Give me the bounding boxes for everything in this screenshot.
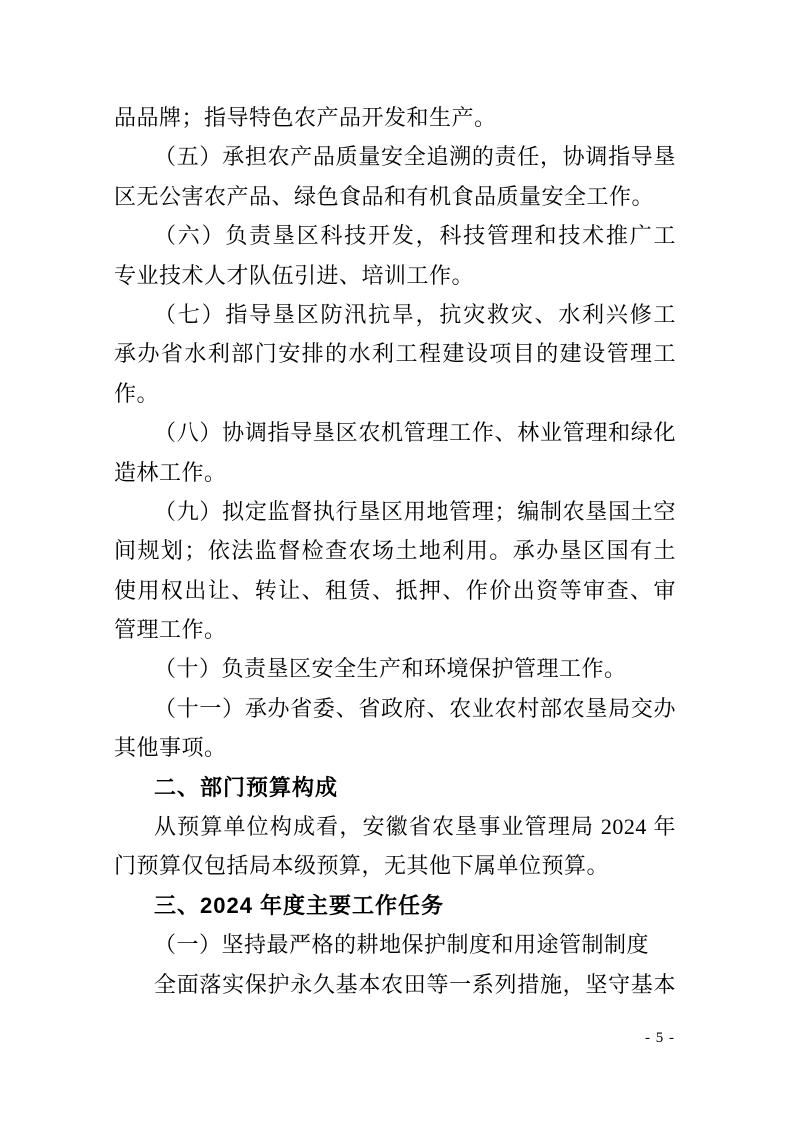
text-line-duty-item-9: （九）拟定监督执行垦区用地管理；编制农垦国土空 (114, 492, 676, 531)
text-line-duty-item-5: 区无公害农产品、绿色食品和有机食品质量安全工作。 (114, 177, 676, 216)
text-line-section-heading-2: 二、部门预算构成 (114, 768, 676, 807)
text-line-duty-item-7: 承办省水利部门安排的水利工程建设项目的建设管理工 (114, 334, 676, 373)
text-line-duty-item-8: 造林工作。 (114, 453, 676, 492)
text-line-section-heading-3: 三、2024 年度主要工作任务 (114, 886, 676, 925)
text-line-task-subheading-1: （一）坚持最严格的耕地保护制度和用途管制制度 (114, 925, 676, 964)
text-line-duty-item-6: 专业技术人才队伍引进、培训工作。 (114, 256, 676, 295)
text-line-duty-item-8: （八）协调指导垦区农机管理工作、林业管理和绿化 (114, 413, 676, 452)
text-line-duty-item-7: （七）指导垦区防汛抗旱，抗灾救灾、水利兴修工作； (114, 295, 676, 334)
text-line-duty-item-9: 间规划；依法监督检查农场土地利用。承办垦区国有土地 (114, 531, 676, 570)
document-body: 品品牌；指导特色农产品开发和生产。（五）承担农产品质量安全追溯的责任，协调指导垦… (114, 98, 676, 1004)
text-line-task-1-body-continues-next-page: 全面落实保护永久基本农田等一系列措施，坚守基本 (114, 965, 676, 1004)
text-line-duty-item-9: 管理工作。 (114, 610, 676, 649)
page-number: - 5 - (628, 1028, 692, 1048)
document-page: 品品牌；指导特色农产品开发和生产。（五）承担农产品质量安全追溯的责任，协调指导垦… (0, 0, 794, 1123)
text-line-duty-item-11: 其他事项。 (114, 728, 676, 767)
text-line-duty-item-10: （十）负责垦区安全生产和环境保护管理工作。 (114, 649, 676, 688)
text-line-duty-item-11: （十一）承办省委、省政府、农业农村部农垦局交办的 (114, 689, 676, 728)
text-line-para-continued-from-previous-page: 品品牌；指导特色农产品开发和生产。 (114, 98, 676, 137)
text-line-duty-item-6: （六）负责垦区科技开发，科技管理和技术推广工作， (114, 216, 676, 255)
text-line-duty-item-9: 使用权出让、转让、租赁、抵押、作价出资等审查、审批、 (114, 571, 676, 610)
text-line-section-2-body: 门预算仅包括局本级预算，无其他下属单位预算。 (114, 846, 676, 885)
text-line-duty-item-5: （五）承担农产品质量安全追溯的责任，协调指导垦 (114, 137, 676, 176)
text-line-section-2-body: 从预算单位构成看，安徽省农垦事业管理局 2024 年度部 (114, 807, 676, 846)
text-line-duty-item-7: 作。 (114, 374, 676, 413)
